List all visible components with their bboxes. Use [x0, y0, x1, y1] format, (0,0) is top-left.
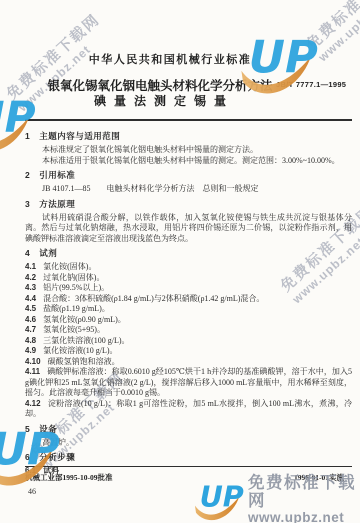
item-text: 混合酸：3体积硫酸(ρ1.84 g/mL)与2体积硝酸(ρ1.42 g/mL)混…: [43, 294, 264, 303]
list-item: 4.3铝片(99.5%以上)。: [25, 283, 352, 294]
document-page: 免费标准下载网 www.upbz.net 免费标准下载网 www.upbz.ne…: [0, 0, 360, 523]
document-body: 1 主题内容与适用范围本标准规定了银氧化锡氧化铟电触头材料中锡量的测定方法。本标…: [25, 127, 352, 477]
list-item: 4.7氢氧化铵(5+95)。: [25, 325, 352, 336]
item-text: 氯化铵溶液(10 g/L)。: [43, 346, 117, 355]
item-number: 4.3: [25, 283, 36, 292]
paragraph: 试料用硫硝混合酸分解，以铁作载体，加入氢氧化铵使锡与铁生成共沉淀与银基体分离。然…: [25, 213, 352, 245]
item-number: 4.4: [25, 294, 36, 303]
item-text: 氢氧化铵(ρ0.90 g/mL)。: [43, 315, 126, 324]
standard-number: JB/T 7777.1—1995: [276, 80, 346, 89]
section-heading: 2 引用标准: [25, 170, 352, 181]
list-item: 4.2过氧化钠(固体)。: [25, 273, 352, 284]
item-text: 三氯化铁溶液(100 g/L)。: [43, 336, 129, 345]
paragraph: JB 4107.1—85 电触头材料化学分析方法 总则和一般规定: [25, 184, 352, 195]
item-number: 4.7: [25, 325, 36, 334]
list-item: 4.12淀粉溶液(10 g/L)：称取1 g可溶性淀粉，加5 mL水搅拌，倒入1…: [25, 399, 352, 420]
item-text: 淀粉溶液(10 g/L)：称取1 g可溶性淀粉，加5 mL水搅拌，倒入100 m…: [25, 399, 352, 419]
list-item: 4.1氯化铵(固体)。: [25, 262, 352, 273]
paragraph: 本标准规定了银氧化锡氧化铟电触头材料中锡量的测定方法。: [25, 145, 352, 156]
item-number: 4.8: [25, 336, 36, 345]
section-heading: 1 主题内容与适用范围: [25, 131, 352, 142]
list-item: 4.8三氯化铁溶液(100 g/L)。: [25, 336, 352, 347]
watermark-site-name: 免费标准下载网: [302, 0, 360, 54]
footer-rule: [25, 466, 352, 467]
standard-category-line: 中华人民共和国机械行业标准: [10, 51, 330, 67]
paragraph: 本标准适用于银氧化锡氧化铟电触头材料中锡量的测定。测定范围：3.00%~10.0…: [25, 156, 352, 167]
item-text: 碘酸钾标准溶液：称取0.6010 g经105℃烘干1 h并冷却的基准碘酸钾，溶于…: [25, 367, 352, 397]
list-item: 4.4混合酸：3体积硫酸(ρ1.84 g/mL)与2体积硝酸(ρ1.42 g/m…: [25, 294, 352, 305]
item-text: 铝片(99.5%以上)。: [43, 283, 109, 292]
list-item: 4.6氢氧化铵(ρ0.90 g/mL)。: [25, 315, 352, 326]
item-number: 4.2: [25, 273, 36, 282]
section-heading: 6 分析步骤: [25, 452, 352, 463]
upbz-logo-icon: [193, 477, 245, 523]
section-heading: 3 方法原理: [25, 199, 352, 210]
item-text: 碳酸氢钠饱和溶液。: [48, 357, 120, 366]
page-number: 46: [28, 487, 36, 496]
header-rule: [25, 119, 352, 121]
item-number: 4.12: [25, 399, 41, 408]
item-text: 氯化铵(固体)。: [43, 262, 96, 271]
item-number: 4.6: [25, 315, 36, 324]
item-number: 4.10: [25, 357, 41, 366]
brand-site-url: www.upbz.net: [248, 510, 360, 523]
item-text: 氢氧化铵(5+95)。: [43, 325, 105, 334]
item-number: 4.11: [25, 367, 40, 376]
list-item: 4.11碘酸钾标准溶液：称取0.6010 g经105℃烘干1 h并冷却的基准碘酸…: [25, 367, 352, 399]
approval-text: 机械工业部1995-10-09批准: [25, 472, 113, 483]
item-number: 4.9: [25, 346, 36, 355]
implementation-text: 1996-01-01实施: [294, 472, 344, 483]
item-number: 4.1: [25, 262, 36, 271]
document-title-line2: 碘量法测定锡量: [6, 92, 314, 109]
paragraph: 高温炉。: [25, 438, 352, 449]
item-text: 盐酸(ρ1.19 g/mL)。: [43, 304, 110, 313]
list-item: 4.9氯化铵溶液(10 g/L)。: [25, 346, 352, 357]
section-heading: 5 设备: [25, 424, 352, 435]
list-item: 4.10碳酸氢钠饱和溶液。: [25, 357, 352, 368]
item-text: 过氧化钠(固体)。: [43, 273, 104, 282]
brand-lockup: 免费标准下载网 www.upbz.net: [193, 476, 360, 523]
list-item: 4.5盐酸(ρ1.19 g/mL)。: [25, 304, 352, 315]
section-heading: 4 试剂: [25, 248, 352, 259]
item-number: 4.5: [25, 304, 36, 313]
